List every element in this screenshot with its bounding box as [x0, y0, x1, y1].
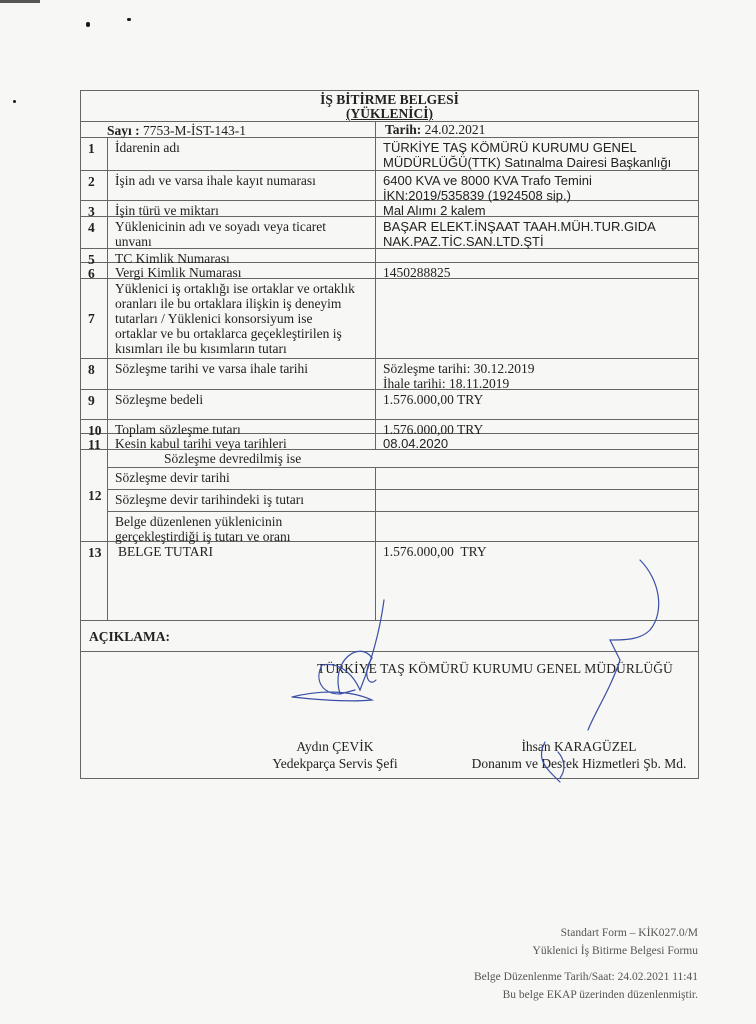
row-number: 13	[81, 542, 108, 620]
table-row: 5TC Kimlik Numarası	[81, 249, 698, 263]
row-number: 7	[81, 279, 108, 358]
document-title: İŞ BİTİRME BELGESİ	[81, 93, 698, 107]
row-label: BELGE TUTARI	[108, 542, 376, 620]
row-number: 6	[81, 263, 108, 278]
organization-name: TÜRKİYE TAŞ KÖMÜRÜ KURUMU GENEL MÜDÜRLÜĞ…	[317, 661, 673, 677]
scan-dot	[13, 100, 16, 103]
row12-subrow: Sözleşme devir tarihindeki iş tutarı	[108, 490, 698, 512]
table-row: 2İşin adı ve varsa ihale kayıt numarası6…	[81, 171, 698, 201]
row12-subrow: Sözleşme devir tarihi	[108, 468, 698, 490]
row-value: 1.576.000,00 TRY	[376, 420, 698, 433]
row-number: 9	[81, 390, 108, 419]
table-row: 11Kesin kabul tarihi veya tarihleri08.04…	[81, 434, 698, 450]
row-value: 1450288825	[376, 263, 698, 278]
tarih-cell: Tarih: 24.02.2021	[376, 122, 698, 137]
scan-dot	[86, 22, 90, 27]
ekap-note: Bu belge EKAP üzerinden düzenlenmiştir.	[474, 986, 698, 1004]
row-value: Mal Alımı 2 kalem	[376, 201, 698, 216]
row-value	[376, 468, 698, 489]
row-label: Vergi Kimlik Numarası	[108, 263, 376, 278]
tarih-label: Tarih:	[385, 122, 421, 137]
scan-dot	[127, 18, 131, 21]
header-row: Sayı : 7753-M-İST-143-1 Tarih: 24.02.202…	[81, 122, 698, 138]
table-row: 6Vergi Kimlik Numarası1450288825	[81, 263, 698, 279]
row-label: Sözleşme bedeli	[108, 390, 376, 419]
row-value: 6400 KVA ve 8000 KVA Trafo TeminiİKN:201…	[376, 171, 698, 200]
row-number: 3	[81, 201, 108, 216]
signer-1: Aydın ÇEVİK Yedekparça Servis Şefi	[255, 738, 415, 772]
row-label: Yüklenicinin adı ve soyadı veya ticaretu…	[108, 217, 376, 248]
row-number: 1	[81, 138, 108, 170]
row-number: 8	[81, 359, 108, 389]
row-label: İdarenin adı	[108, 138, 376, 170]
row-label: İşin türü ve miktarı	[108, 201, 376, 216]
row-value	[376, 512, 698, 542]
row-label: Sözleşme devir tarihindeki iş tutarı	[108, 490, 376, 511]
row-number: 12	[81, 450, 108, 541]
row12-subrow: Belge düzenlenen yükleniciningerçekleşti…	[108, 512, 698, 542]
row-number: 10	[81, 420, 108, 433]
row-label: Yüklenici iş ortaklığı ise ortaklar ve o…	[108, 279, 376, 358]
table-row: 10Toplam sözleşme tutarı1.576.000,00 TRY	[81, 420, 698, 434]
signer-2: İhsan KARAGÜZEL Donanım ve Destek Hizmet…	[459, 738, 699, 772]
table-row: 9Sözleşme bedeli1.576.000,00 TRY	[81, 390, 698, 420]
row-label: Belge düzenlenen yükleniciningerçekleşti…	[108, 512, 376, 542]
table-row: 8Sözleşme tarihi ve varsa ihale tarihiSö…	[81, 359, 698, 390]
issued-datetime: Belge Düzenlenme Tarih/Saat: 24.02.2021 …	[474, 968, 698, 986]
row-label: Sözleşme devir tarihi	[108, 468, 376, 489]
row-value: TÜRKİYE TAŞ KÖMÜRÜ KURUMU GENELMÜDÜRLÜĞÜ…	[376, 138, 698, 170]
row-value: Sözleşme tarihi: 30.12.2019İhale tarihi:…	[376, 359, 698, 389]
row-label: Toplam sözleşme tutarı	[108, 420, 376, 433]
work-completion-certificate-form: İŞ BİTİRME BELGESİ (YÜKLENİCİ) Sayı : 77…	[80, 90, 699, 779]
table-row-12: 12Sözleşme devredilmiş iseSözleşme devir…	[81, 450, 698, 542]
table-row: 7Yüklenici iş ortaklığı ise ortaklar ve …	[81, 279, 698, 359]
row-label: TC Kimlik Numarası	[108, 249, 376, 262]
row-number: 4	[81, 217, 108, 248]
signer-1-title: Yedekparça Servis Şefi	[255, 755, 415, 772]
signer-2-name: İhsan KARAGÜZEL	[459, 738, 699, 755]
signature-area: AÇIKLAMA: TÜRKİYE TAŞ KÖMÜRÜ KURUMU GENE…	[81, 621, 698, 778]
table-row-13: 13BELGE TUTARI1.576.000,00 TRY	[81, 542, 698, 621]
table-row: 1İdarenin adıTÜRKİYE TAŞ KÖMÜRÜ KURUMU G…	[81, 138, 698, 171]
row-value	[376, 279, 698, 358]
form-code: Standart Form – KİK027.0/M	[533, 924, 698, 942]
row-value: BAŞAR ELEKT.İNŞAAT TAAH.MÜH.TUR.GIDANAK.…	[376, 217, 698, 248]
scan-edge-mark	[0, 0, 40, 3]
form-name: Yüklenici İş Bitirme Belgesi Formu	[533, 942, 698, 960]
row-value	[376, 490, 698, 511]
row-value: 08.04.2020	[376, 434, 698, 449]
sayi-value: 7753-M-İST-143-1	[143, 123, 246, 138]
row-number: 5	[81, 249, 108, 262]
sayi-label: Sayı :	[107, 123, 140, 138]
table-row: 4Yüklenicinin adı ve soyadı veya ticaret…	[81, 217, 698, 249]
row-label: Kesin kabul tarihi veya tarihleri	[108, 434, 376, 449]
row-value: 1.576.000,00 TRY	[376, 542, 698, 620]
signer-1-name: Aydın ÇEVİK	[255, 738, 415, 755]
document-subtitle: (YÜKLENİCİ)	[81, 107, 698, 121]
table-row: 3İşin türü ve miktarıMal Alımı 2 kalem	[81, 201, 698, 217]
form-title: İŞ BİTİRME BELGESİ (YÜKLENİCİ)	[81, 91, 698, 122]
tarih-value: 24.02.2021	[425, 122, 486, 137]
row12-header: Sözleşme devredilmiş ise	[108, 450, 698, 468]
issue-info: Belge Düzenlenme Tarih/Saat: 24.02.2021 …	[474, 968, 698, 1004]
row-label: Sözleşme tarihi ve varsa ihale tarihi	[108, 359, 376, 389]
row-value	[376, 249, 698, 262]
divider	[81, 651, 698, 652]
row-value: 1.576.000,00 TRY	[376, 390, 698, 419]
sayi-cell: Sayı : 7753-M-İST-143-1	[81, 122, 376, 137]
aciklama-label: AÇIKLAMA:	[89, 629, 170, 645]
signer-2-title: Donanım ve Destek Hizmetleri Şb. Md.	[459, 755, 699, 772]
row-number: 2	[81, 171, 108, 200]
form-info: Standart Form – KİK027.0/M Yüklenici İş …	[533, 924, 698, 960]
row-number: 11	[81, 434, 108, 449]
row-label: İşin adı ve varsa ihale kayıt numarası	[108, 171, 376, 200]
